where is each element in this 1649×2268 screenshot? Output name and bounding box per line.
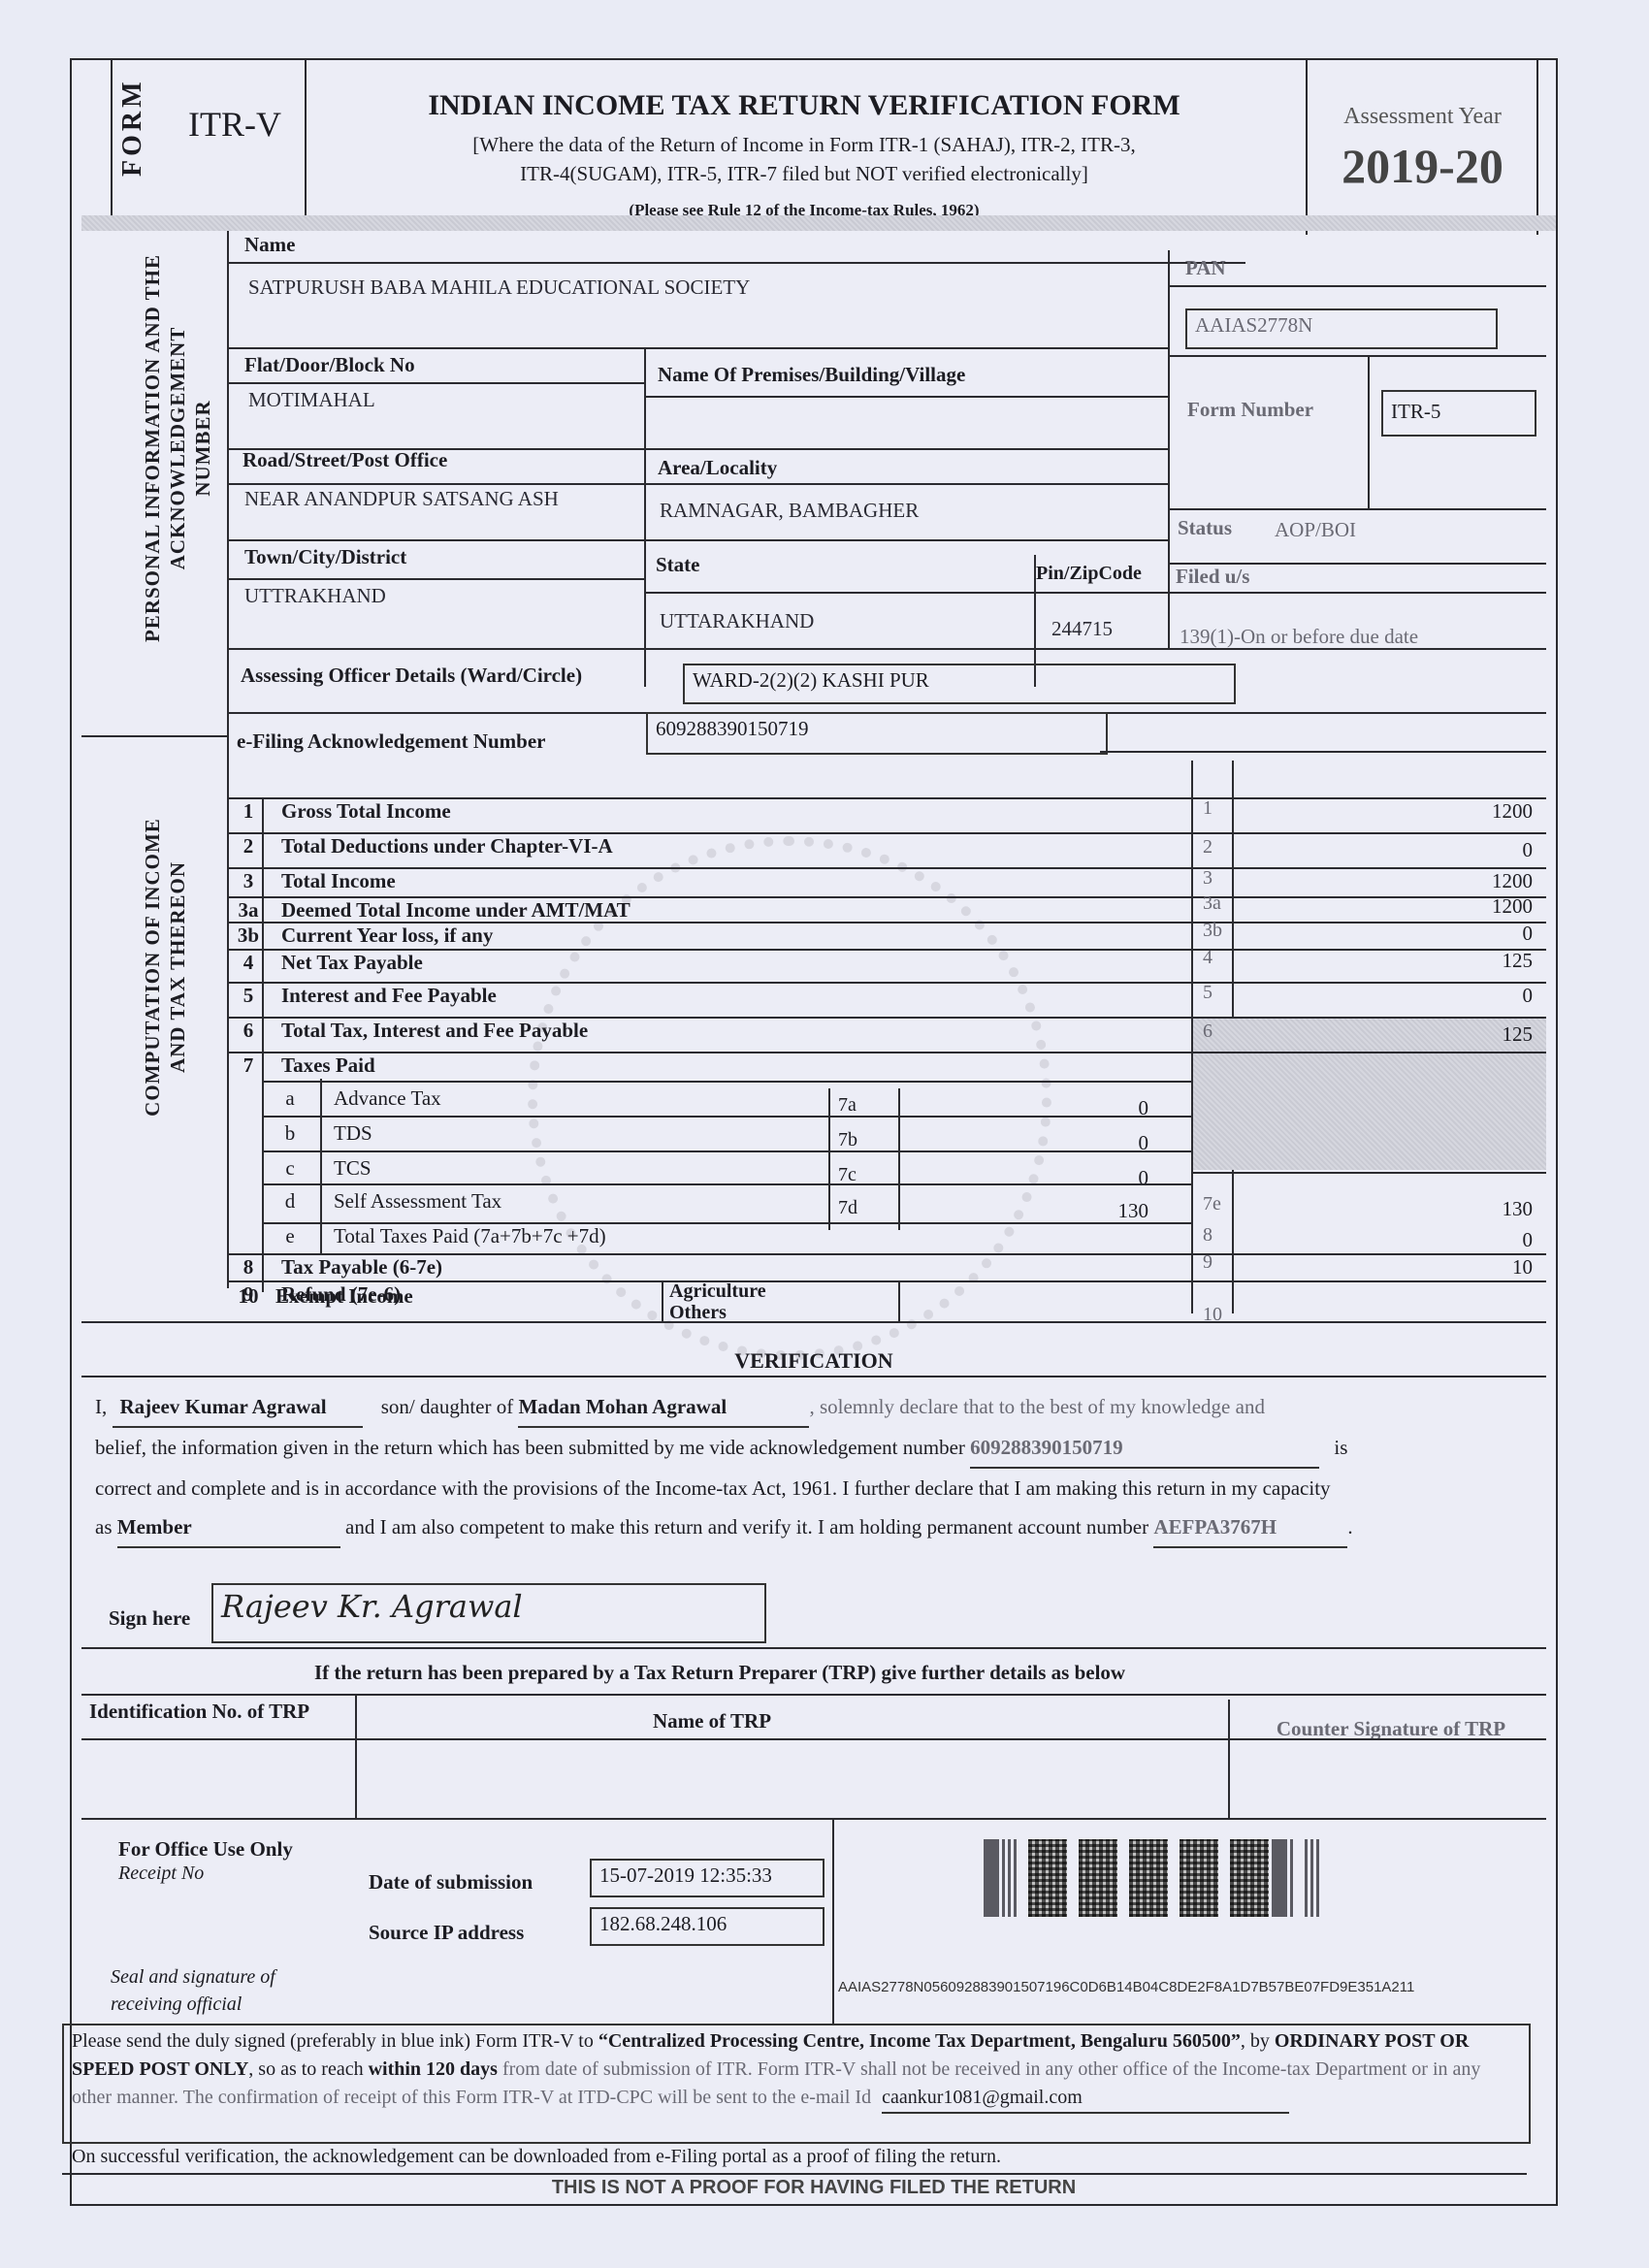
subrow-code: 7a (838, 1094, 857, 1117)
subrow-code: 7b (838, 1129, 857, 1151)
divider (355, 1694, 357, 1818)
signature: Rajeev Kr. Agrawal (221, 1588, 523, 1625)
subrow-label: TDS (334, 1121, 372, 1146)
divider (320, 1079, 322, 1255)
row-value: 0 (1406, 1228, 1533, 1252)
assessee-name: SATPURUSH BABA MAHILA EDUCATIONAL SOCIET… (248, 275, 750, 300)
pin-label: Pin/ZipCode (1036, 563, 1142, 585)
row-number: 5 (237, 984, 260, 1008)
form-subtitle-line2: ITR-4(SUGAM), ITR-5, ITR-7 filed but NOT… (314, 162, 1294, 186)
divider (262, 1150, 1193, 1152)
divider (81, 1321, 1546, 1323)
divider (1100, 751, 1546, 753)
row-label: Gross Total Income (281, 799, 451, 824)
row-label: Total Income (281, 869, 396, 893)
capacity: Member (117, 1507, 340, 1548)
row-value: 1200 (1406, 869, 1533, 893)
row-code: 6 (1203, 1021, 1212, 1043)
row-code: 7e (1203, 1193, 1221, 1215)
road-label: Road/Street/Post Office (242, 448, 447, 472)
row-number: 3a (237, 898, 260, 923)
row-value: 125 (1406, 949, 1533, 973)
divider (81, 1694, 1546, 1696)
divider (227, 539, 1168, 541)
row-code: 4 (1203, 947, 1212, 969)
barcode-bar (984, 1839, 999, 1917)
divider (1368, 355, 1370, 510)
row-code: 2 (1203, 836, 1212, 859)
itr-v-form: FORM ITR-V INDIAN INCOME TAX RETURN VERI… (70, 58, 1558, 2206)
row-value: 0 (1406, 922, 1533, 946)
row-code: 8 (1203, 1224, 1212, 1247)
row-label: Current Year loss, if any (281, 923, 493, 948)
status-label: Status (1178, 516, 1232, 540)
barcode-bar (1180, 1839, 1218, 1917)
divider (898, 1088, 900, 1230)
divider (262, 797, 264, 1292)
subrow-label: Advance Tax (334, 1086, 441, 1111)
divider (644, 396, 1168, 398)
form-number-label: Form Number (1187, 398, 1313, 422)
barcode-bar (1019, 1839, 1025, 1917)
state-value: UTTARAKHAND (660, 609, 814, 633)
divider (81, 1738, 1546, 1740)
row-number: 10 (231, 1284, 266, 1309)
barcode-bar (1028, 1839, 1067, 1917)
barcode-bar (1014, 1839, 1017, 1917)
verification-title: VERIFICATION (72, 1348, 1556, 1374)
subrow-letter: b (266, 1121, 314, 1146)
row-code: 3a (1203, 892, 1221, 915)
row-label: Total Tax, Interest and Fee Payable (281, 1019, 588, 1043)
divider (1168, 355, 1546, 357)
divider (227, 347, 1168, 349)
divider (662, 1282, 663, 1321)
divider (81, 1376, 1546, 1377)
divider (227, 648, 1546, 650)
subrow-label: Self Assessment Tax (334, 1189, 501, 1214)
seal-signature-label: Seal and signature of receiving official (111, 1963, 275, 2018)
spacer (72, 733, 1556, 735)
divider (1168, 250, 1170, 648)
row-code: 5 (1203, 982, 1212, 1004)
subrow-label: Total Taxes Paid (7a+7b+7c +7d) (334, 1224, 606, 1248)
divider (227, 382, 644, 384)
divider (262, 1183, 1193, 1185)
row-number: 6 (237, 1019, 260, 1043)
row-code: 3b (1203, 920, 1222, 942)
divider (1228, 1700, 1230, 1818)
row-number: 3b (237, 923, 260, 948)
trp-id-header: Identification No. of TRP (89, 1700, 309, 1724)
form-word: FORM (120, 89, 145, 177)
receipt-label: Receipt No (118, 1863, 204, 1885)
email-link[interactable]: caankur1081@gmail.com (882, 2084, 1289, 2114)
row-code: 3 (1203, 867, 1212, 890)
row-label: Total Deductions under Chapter-VI-A (281, 834, 613, 859)
personal-section-label: PERSONAL INFORMATION AND THE ACKNOWLEDGE… (140, 244, 215, 652)
ip-field: 182.68.248.106 (590, 1907, 824, 1946)
barcode-bar (1221, 1839, 1227, 1917)
divider (227, 578, 644, 580)
divider (832, 1820, 834, 2024)
divider (227, 1052, 1546, 1053)
instructions-text: Please send the duly signed (preferably … (72, 2027, 1517, 2114)
trp-intro: If the return has been prepared by a Tax… (314, 1661, 1125, 1685)
row-value: 10 (1406, 1255, 1533, 1280)
row-number: 3 (237, 869, 260, 893)
divider (227, 1280, 1546, 1282)
declarant-pan: AEFPA3767H (1153, 1507, 1347, 1548)
barcode-2d (984, 1839, 1319, 1917)
barcode-bar (1296, 1839, 1302, 1917)
declarant-name: Rajeev Kumar Agrawal (113, 1387, 363, 1428)
town-label: Town/City/District (244, 545, 406, 569)
divider (227, 735, 229, 1288)
row-label: Net Tax Payable (281, 951, 423, 975)
row-number: 2 (237, 834, 260, 859)
subrow-value: 0 (1022, 1166, 1148, 1190)
subrow-letter: a (266, 1086, 314, 1111)
barcode-bar (1002, 1839, 1005, 1917)
filed-value: 139(1)-On or before due date (1180, 625, 1418, 649)
subrow-letter: c (266, 1156, 314, 1181)
divider (227, 949, 1546, 951)
row-label: Tax Payable (6-7e) (281, 1255, 442, 1280)
divider (305, 60, 307, 225)
assessment-year-label: Assessment Year (1309, 104, 1536, 130)
agriculture-label: Agriculture (669, 1280, 766, 1303)
row-label: Taxes Paid (281, 1053, 375, 1078)
row-code: 10 (1203, 1304, 1222, 1326)
trp-name-header: Name of TRP (343, 1709, 1081, 1733)
pan-field: AAIAS2778N (1185, 308, 1498, 349)
barcode-bar (1272, 1839, 1287, 1917)
divider (227, 483, 1168, 485)
barcode-bar (1290, 1839, 1293, 1917)
divider (1191, 1172, 1546, 1174)
area-value: RAMNAGAR, BAMBAGHER (660, 499, 919, 523)
row-number: 1 (237, 799, 260, 824)
row-value: 1200 (1406, 894, 1533, 919)
form-number-field: ITR-5 (1381, 390, 1536, 437)
row-value: 0 (1406, 838, 1533, 862)
assessment-year: 2019-20 (1309, 138, 1536, 194)
flat-label: Flat/Door/Block No (244, 353, 415, 377)
divider (81, 735, 227, 737)
form-subtitle-line1: [Where the data of the Return of Income … (314, 133, 1294, 157)
divider (1536, 60, 1538, 235)
row-value: 125 (1406, 1022, 1533, 1047)
divider (898, 1282, 900, 1321)
form-code: ITR-V (188, 104, 281, 145)
ao-field: WARD-2(2)(2) KASHI PUR (683, 664, 1236, 704)
barcode-bar (1171, 1839, 1177, 1917)
barcode-bar (1316, 1839, 1319, 1917)
success-note: On successful verification, the acknowle… (72, 2146, 1001, 2168)
footer-disclaimer: THIS IS NOT A PROOF FOR HAVING FILED THE… (72, 2177, 1556, 2199)
barcode-bar (1008, 1839, 1011, 1917)
barcode-text: AAIAS2778N056092883901507196C0D6B14B04C8… (838, 1979, 1414, 1995)
status-value: AOP/BOI (1275, 518, 1356, 542)
sign-here-label: Sign here (109, 1606, 190, 1631)
subrow-letter: e (266, 1224, 314, 1248)
barcode-bar (1305, 1839, 1308, 1917)
subrow-letter: d (266, 1189, 314, 1214)
row-number: 8 (237, 1255, 260, 1280)
divider (81, 1818, 1546, 1820)
divider (828, 1088, 830, 1230)
verification-text: I, Rajeev Kumar Agrawal son/ daughter of… (95, 1387, 1540, 1548)
divider (111, 60, 113, 225)
divider (1168, 508, 1546, 510)
row-label: Exempt Income (275, 1284, 413, 1309)
premises-label: Name Of Premises/Building/Village (658, 363, 965, 387)
divider (227, 867, 1546, 869)
row-value: 130 (1406, 1197, 1533, 1221)
row-value: 0 (1406, 984, 1533, 1008)
divider (227, 231, 229, 792)
date-label: Date of submission (369, 1870, 533, 1895)
divider (62, 2173, 1527, 2175)
barcode-bar (1129, 1839, 1168, 1917)
date-field: 15-07-2019 12:35:33 (590, 1859, 824, 1897)
subrow-code: 7d (838, 1197, 857, 1219)
others-label: Others (669, 1302, 727, 1324)
name-label: Name (244, 233, 295, 257)
filed-label: Filed u/s (1176, 565, 1249, 589)
pin-value: 244715 (1051, 617, 1113, 641)
signature-box[interactable]: Rajeev Kr. Agrawal (211, 1583, 766, 1643)
divider (644, 592, 1546, 594)
office-use-title: For Office Use Only (118, 1837, 293, 1862)
barcode-bar (1310, 1839, 1313, 1917)
barcode-bar (1120, 1839, 1126, 1917)
divider (1306, 60, 1308, 235)
row-code: 9 (1203, 1251, 1212, 1274)
row-value: 1200 (1406, 799, 1533, 824)
barcode-bar (1079, 1839, 1117, 1917)
row-code: 1 (1203, 797, 1212, 820)
form-title: INDIAN INCOME TAX RETURN VERIFICATION FO… (314, 89, 1294, 122)
divider (262, 1116, 1193, 1118)
subrow-label: TCS (334, 1156, 372, 1181)
flat-value: MOTIMAHAL (248, 388, 375, 412)
header-shaded-band (81, 215, 1556, 231)
area-label: Area/Locality (658, 456, 777, 480)
divider (1168, 285, 1546, 287)
row-label: Deemed Total Income under AMT/MAT (281, 898, 630, 923)
father-name: Madan Mohan Agrawal (518, 1387, 809, 1428)
verification-ack-number: 609288390150719 (970, 1428, 1319, 1469)
state-label: State (656, 553, 700, 577)
road-value: NEAR ANANDPUR SATSANG ASH (244, 487, 559, 511)
row-number: 7 (237, 1053, 260, 1078)
subrow-value: 130 (1022, 1199, 1148, 1223)
barcode-bar (1070, 1839, 1076, 1917)
ao-label: Assessing Officer Details (Ward/Circle) (241, 664, 582, 688)
divider (227, 262, 1245, 264)
row-label: Interest and Fee Payable (281, 984, 497, 1008)
divider (81, 1647, 1546, 1649)
row-number: 4 (237, 951, 260, 975)
divider (644, 347, 646, 687)
ip-label: Source IP address (369, 1921, 524, 1945)
divider (262, 1081, 1193, 1083)
computation-section-label: COMPUTATION OF INCOME AND TAX THEREON (140, 807, 190, 1127)
town-value: UTTRAKHAND (244, 584, 386, 608)
barcode-bar (1230, 1839, 1269, 1917)
pan-label: PAN (1185, 256, 1226, 280)
